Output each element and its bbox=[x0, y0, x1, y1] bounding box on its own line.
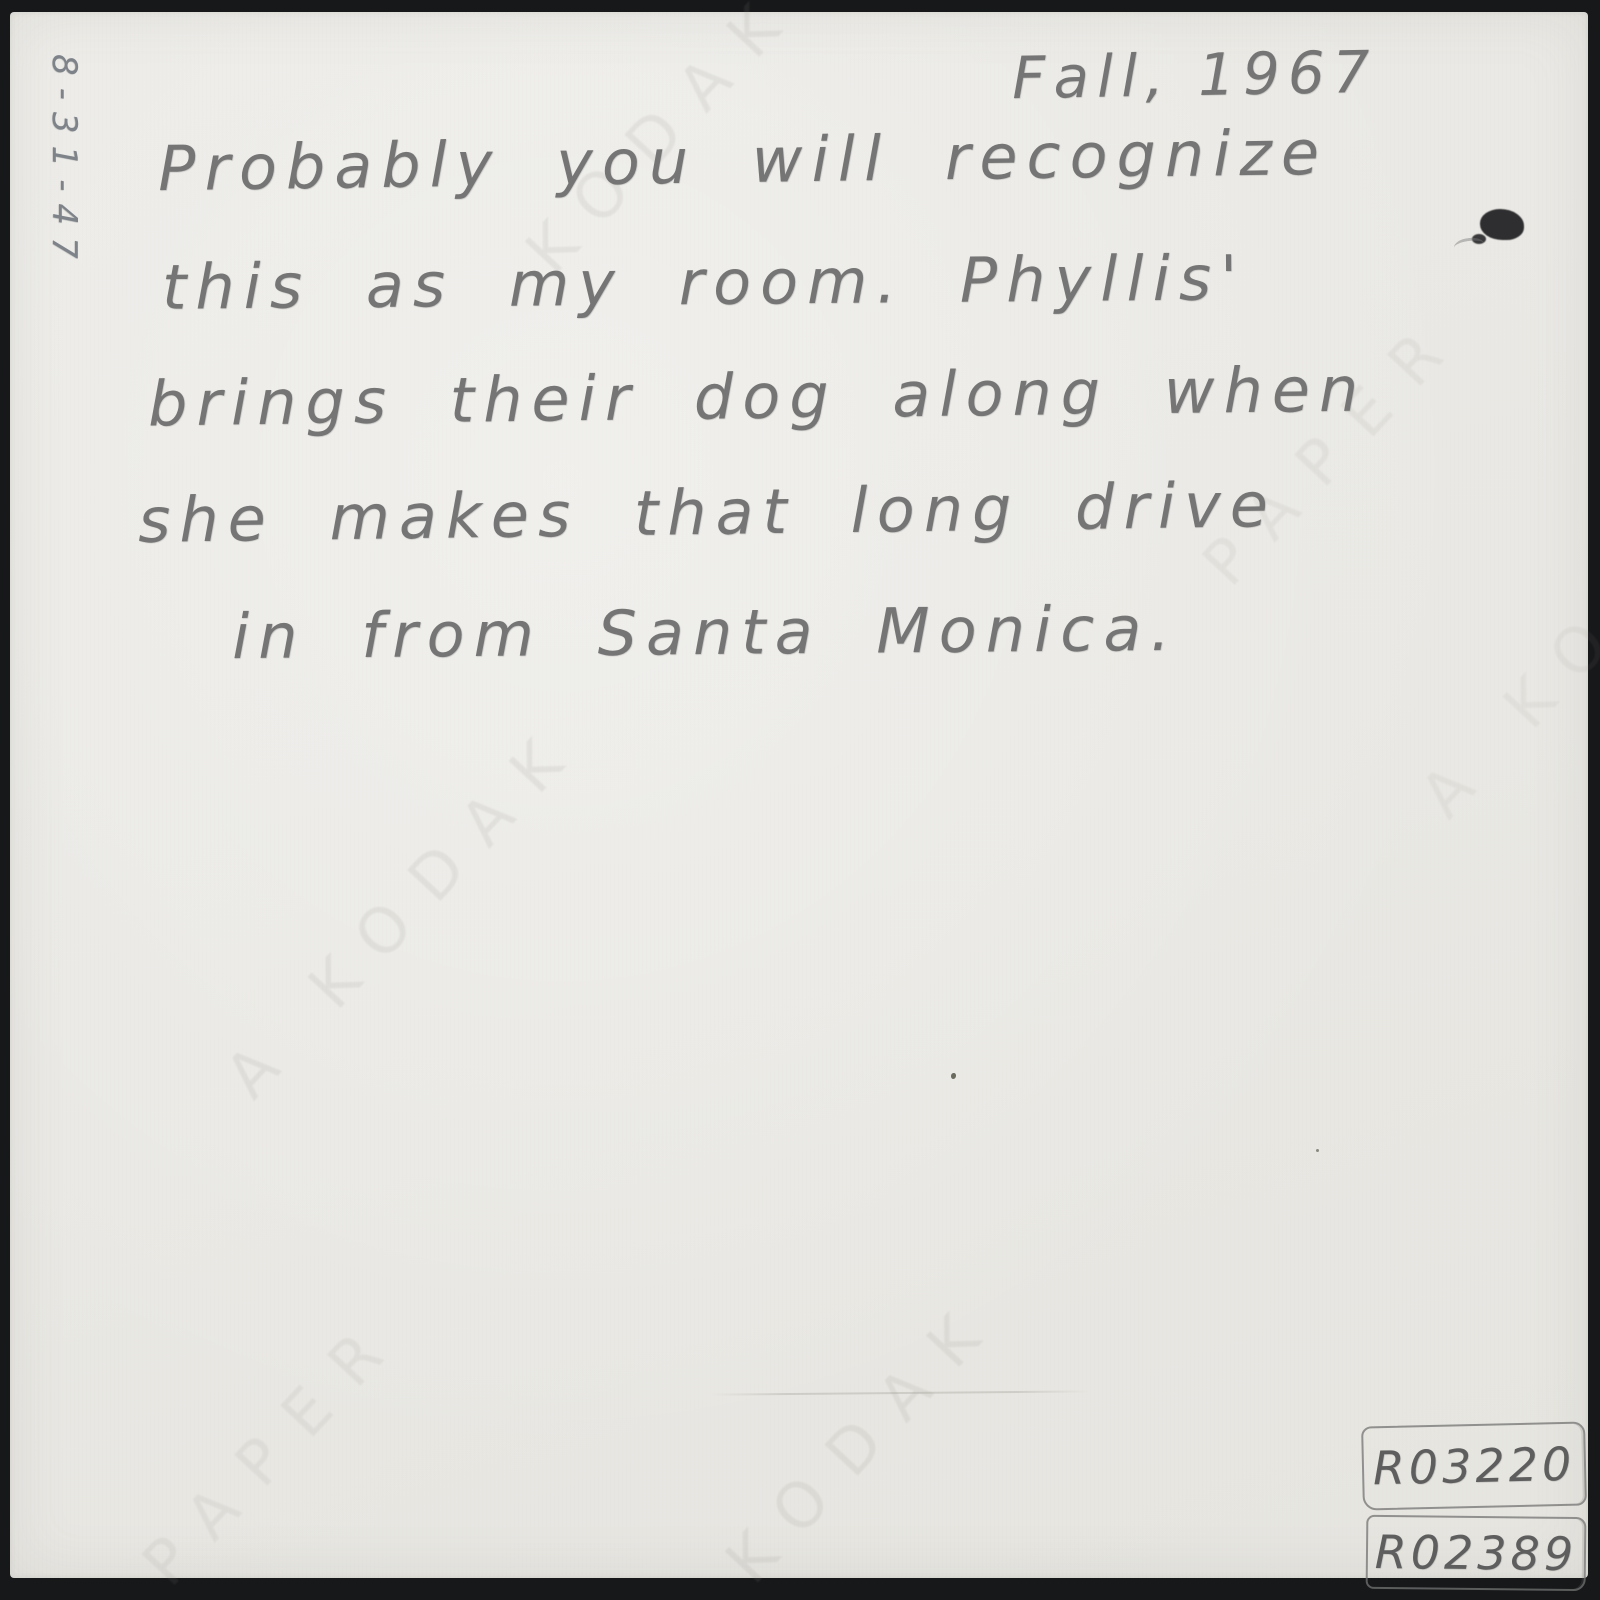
note-line: Probably you will recognize bbox=[158, 122, 1329, 200]
kodak-watermark: PAPER bbox=[128, 1297, 417, 1599]
paper-speck bbox=[1316, 1149, 1319, 1152]
edge-number-annotation: 8-31-47 bbox=[44, 54, 84, 271]
paper-speck bbox=[951, 1073, 956, 1079]
note-line: she makes that long drive bbox=[138, 474, 1278, 552]
photo-verso-card: KODAK A KODAK PAPER KODAK PAPER A KO 8-3… bbox=[10, 12, 1588, 1578]
catalog-stamp: R03220 bbox=[1361, 1421, 1587, 1510]
kodak-watermark: A KODAK bbox=[211, 705, 597, 1112]
catalog-stamp: R02389 bbox=[1366, 1515, 1587, 1591]
ink-spot bbox=[1480, 209, 1524, 240]
note-line: brings their dog along when bbox=[148, 359, 1368, 436]
kodak-watermark: A KO bbox=[1406, 586, 1600, 832]
note-line: in from Santa Monica. bbox=[232, 598, 1179, 668]
scan-border: { "note": { "date": "Fall, 1967", "lines… bbox=[0, 0, 1600, 1600]
catalog-stamp-label: R03220 bbox=[1372, 1437, 1575, 1496]
catalog-stamp-label: R02389 bbox=[1375, 1525, 1578, 1581]
kodak-watermark: KODAK bbox=[711, 1280, 1014, 1597]
pencil-smudge bbox=[1453, 236, 1485, 255]
note-line: this as my room. Phyllis' bbox=[162, 247, 1247, 318]
kodak-watermark: PAPER bbox=[1188, 297, 1477, 599]
date-annotation: Fall, 1967 bbox=[1012, 43, 1379, 107]
